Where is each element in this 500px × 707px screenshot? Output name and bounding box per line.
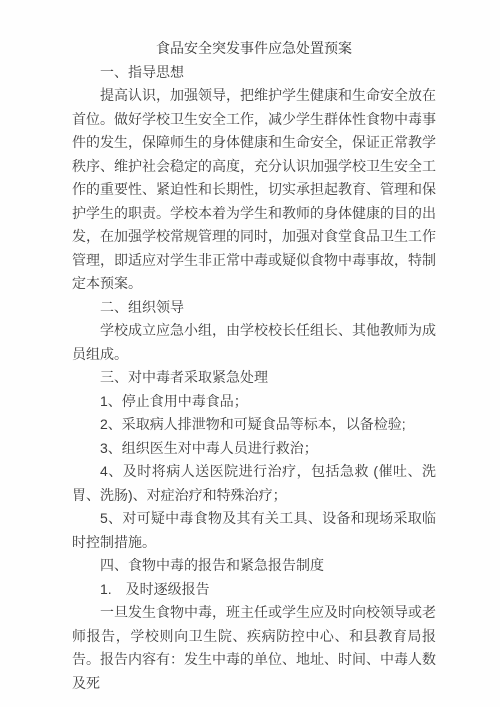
list-item-1: 1、停止食用中毒食品； — [72, 390, 436, 414]
list-item-4: 4、及时将病人送医院进行治疗，包括急救 (催吐、洗胃、洗肠)、对症治疗和特殊治疗… — [72, 460, 436, 507]
paragraph-guiding: 提高认识，加强领导，把维护学生健康和生命安全放在首位。做好学校卫生安全工作，减少… — [72, 84, 436, 296]
list-item-2: 2、采取病人排泄物和可疑食品等标本，以备检验; — [72, 413, 436, 437]
sub-heading-report: 1. 及时逐级报告 — [72, 578, 436, 602]
document-title: 食品安全突发事件应急处置预案 — [72, 37, 436, 61]
paragraph-org: 学校成立应急小组，由学校校长任组长、其他教师为成员组成。 — [72, 319, 436, 366]
document-page: 食品安全突发事件应急处置预案 一、指导思想 提高认识，加强领导，把维护学生健康和… — [0, 0, 500, 707]
list-item-3: 3、组织医生对中毒人员进行救治； — [72, 437, 436, 461]
list-item-5: 5、对可疑中毒食物及其有关工具、设备和现场采取临时控制措施。 — [72, 507, 436, 554]
section-heading-2: 二、组织领导 — [72, 296, 436, 320]
section-heading-4: 四、食物中毒的报告和紧急报告制度 — [72, 554, 436, 578]
section-heading-3: 三、对中毒者采取紧急处理 — [72, 366, 436, 390]
paragraph-report: 一旦发生食物中毒，班主任或学生应及时向校领导或老师报告，学校则向卫生院、疾病防控… — [72, 601, 436, 695]
section-heading-1: 一、指导思想 — [72, 61, 436, 85]
